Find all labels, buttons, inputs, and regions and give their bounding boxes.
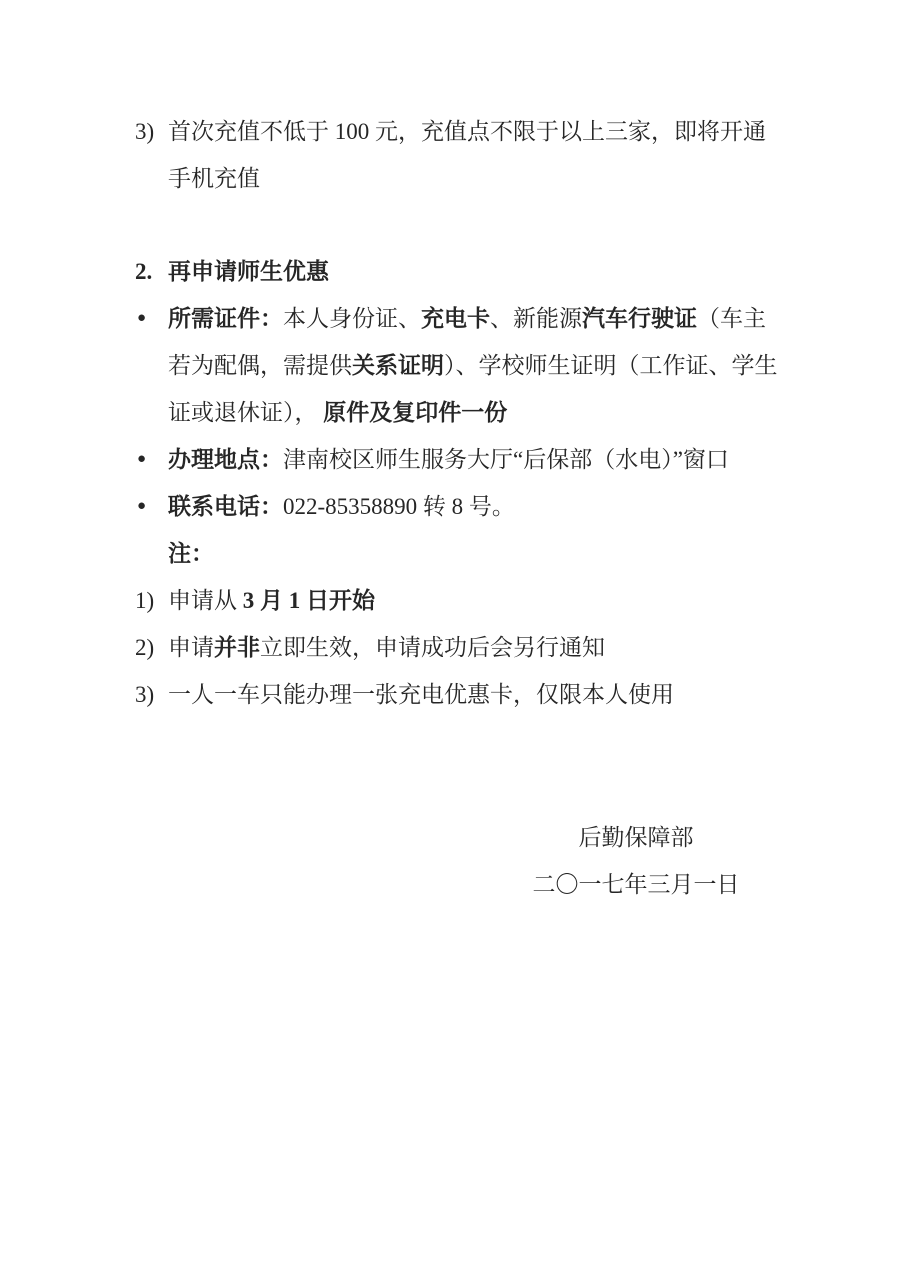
text-segment: 一人一车只能办理一张充电优惠卡，仅限本人使用 (168, 682, 674, 707)
list-marker: 3) (135, 108, 154, 155)
text-segment: 申请 (168, 635, 214, 660)
bold-text-segment: 办理地点： (168, 447, 283, 472)
text-segment: 立即生效，申请成功后会另行通知 (260, 635, 605, 660)
text-segment: 证或退休证）， (168, 400, 323, 425)
bold-text-segment: 关系证明 (352, 353, 444, 378)
text-line: 所需证件：本人身份证、充电卡、新能源汽车行驶证（车主 (168, 295, 775, 342)
paragraph-numbered: 3)一人一车只能办理一张充电优惠卡，仅限本人使用 (135, 671, 775, 718)
paragraph-numbered: 1)申请从 3 月 1 日开始 (135, 577, 775, 624)
bullet-icon: ● (137, 295, 146, 342)
text-segment: （车主 (697, 306, 766, 331)
paragraph-numbered: 2)申请并非立即生效，申请成功后会另行通知 (135, 624, 775, 671)
text-segment: ）、学校师生证明（工作证、学生 (444, 353, 778, 378)
bold-text-segment: 原件及复印件一份 (323, 400, 507, 425)
paragraph-numbered: 3)首次充值不低于 100 元，充值点不限于以上三家，即将开通手机充值 (135, 108, 775, 202)
text-segment: 022-85358890 转 8 号。 (283, 494, 515, 519)
bold-text-segment: 联系电话： (168, 494, 283, 519)
text-line: 办理地点：津南校区师生服务大厅“后保部（水电）”窗口 (168, 436, 775, 483)
paragraph-signature: 后勤保障部 (471, 814, 801, 861)
text-line: 一人一车只能办理一张充电优惠卡，仅限本人使用 (168, 671, 775, 718)
text-line: 若为配偶，需提供关系证明）、学校师生证明（工作证、学生 (168, 342, 775, 389)
text-line: 首次充值不低于 100 元，充值点不限于以上三家，即将开通 (168, 108, 775, 155)
document-page: 3)首次充值不低于 100 元，充值点不限于以上三家，即将开通手机充值2.再申请… (0, 0, 900, 1272)
list-marker: 3) (135, 671, 154, 718)
text-line: 联系电话：022-85358890 转 8 号。 (168, 483, 775, 530)
bold-text-segment: 所需证件： (168, 306, 283, 331)
text-line: 注： (168, 530, 775, 577)
list-marker: 2. (135, 248, 152, 295)
text-line: 后勤保障部 (471, 814, 801, 861)
bold-text-segment: 3 月 1 日开始 (243, 588, 375, 613)
paragraph-note: 注： (135, 530, 775, 577)
text-line: 申请从 3 月 1 日开始 (168, 577, 775, 624)
text-segment: 津南校区师生服务大厅“后保部（水电）”窗口 (283, 447, 729, 472)
text-line: 手机充值 (168, 155, 775, 202)
text-segment: 若为配偶，需提供 (168, 353, 352, 378)
bullet-icon: ● (137, 436, 146, 483)
list-marker: 2) (135, 624, 154, 671)
text-line: 申请并非立即生效，申请成功后会另行通知 (168, 624, 775, 671)
paragraph-heading: 2.再申请师生优惠 (135, 248, 775, 295)
bold-text-segment: 充电卡 (421, 306, 490, 331)
bold-text-segment: 注： (168, 541, 214, 566)
text-line: 二〇一七年三月一日 (471, 861, 801, 908)
text-segment: 手机充值 (168, 166, 260, 191)
text-segment: 本人身份证、 (283, 306, 421, 331)
paragraph-bullet: ●所需证件：本人身份证、充电卡、新能源汽车行驶证（车主若为配偶，需提供关系证明）… (135, 295, 775, 436)
paragraph-bullet: ●办理地点：津南校区师生服务大厅“后保部（水电）”窗口 (135, 436, 775, 483)
text-segment: 申请从 (168, 588, 243, 613)
bold-text-segment: 汽车行驶证 (582, 306, 697, 331)
bold-text-segment: 再申请师生优惠 (168, 259, 329, 284)
text-segment: 、新能源 (490, 306, 582, 331)
document-content: 3)首次充值不低于 100 元，充值点不限于以上三家，即将开通手机充值2.再申请… (135, 108, 775, 908)
bold-text-segment: 并非 (214, 635, 260, 660)
paragraph-signature: 二〇一七年三月一日 (471, 861, 801, 908)
text-line: 证或退休证）， 原件及复印件一份 (168, 389, 775, 436)
bullet-icon: ● (137, 483, 146, 530)
paragraph-bullet: ●联系电话：022-85358890 转 8 号。 (135, 483, 775, 530)
list-marker: 1) (135, 577, 154, 624)
text-segment: 后勤保障部 (579, 825, 694, 850)
text-segment: 首次充值不低于 100 元，充值点不限于以上三家，即将开通 (168, 119, 766, 144)
text-line: 再申请师生优惠 (168, 248, 775, 295)
text-segment: 二〇一七年三月一日 (533, 872, 740, 897)
